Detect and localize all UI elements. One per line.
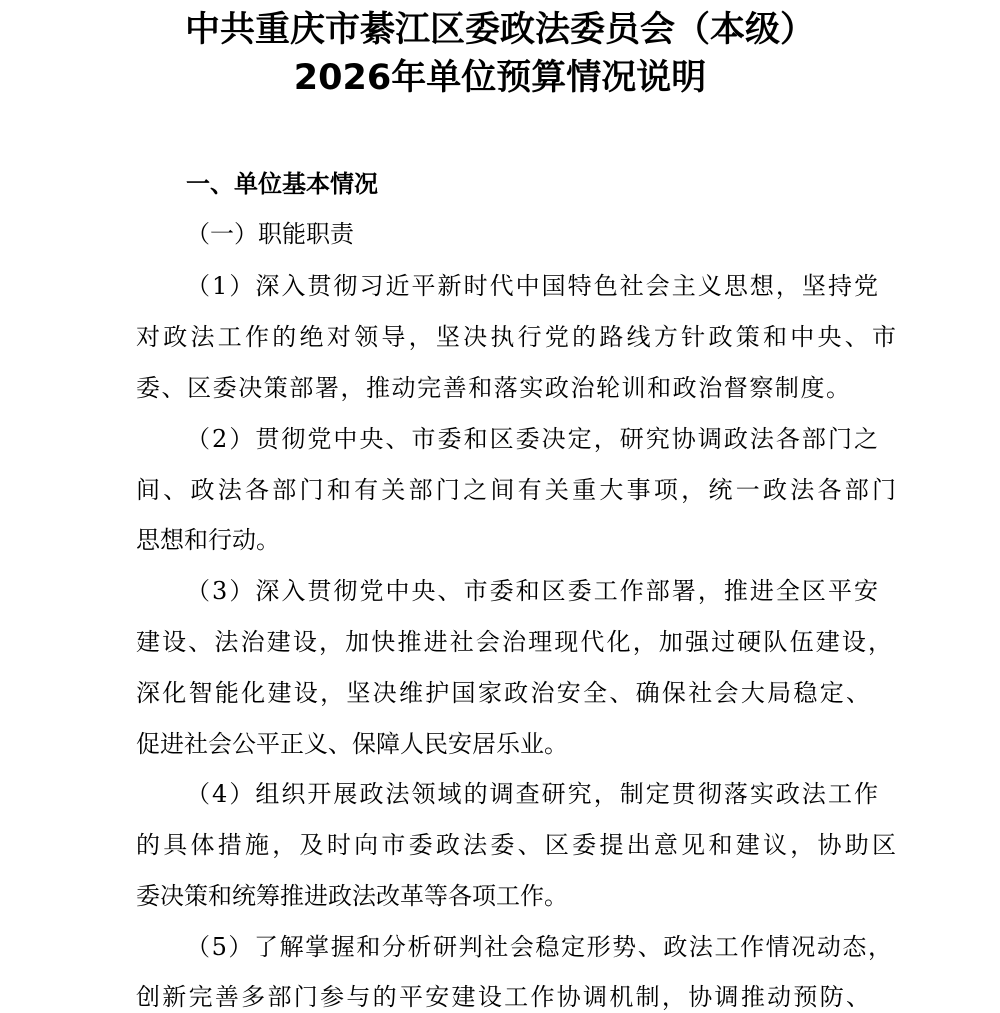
paragraph-4-line-2: 的具体措施，及时向市委政法委、区委提出意见和建议，协助区 xyxy=(136,827,896,863)
document-title-line-1: 中共重庆市綦江区委政法委员会（本级） xyxy=(0,8,1000,52)
paragraph-3-line-1: （3）深入贯彻党中央、市委和区委工作部署，推进全区平安 xyxy=(186,573,878,609)
paragraph-3-line-4: 促进社会公平正义、保障人民安居乐业。 xyxy=(136,726,896,762)
paragraph-4-line-1: （4）组织开展政法领域的调查研究，制定贯彻落实政法工作 xyxy=(186,776,878,812)
paragraph-2-line-2: 间、政法各部门和有关部门之间有关重大事项，统一政法各部门 xyxy=(136,472,896,508)
paragraph-4-line-3: 委决策和统筹推进政法改革等各项工作。 xyxy=(136,878,896,914)
paragraph-3-line-3: 深化智能化建设，坚决维护国家政治安全、确保社会大局稳定、 xyxy=(136,675,870,711)
paragraph-1-line-3: 委、区委决策部署，推动完善和落实政治轮训和政治督察制度。 xyxy=(136,370,850,406)
subsection-heading-functions: （一）职能职责 xyxy=(186,216,354,252)
section-heading-basic-info: 一、单位基本情况 xyxy=(186,166,378,202)
paragraph-1-line-2: 对政法工作的绝对领导，坚决执行党的路线方针政策和中央、市 xyxy=(136,319,896,355)
paragraph-5-line-1: （5）了解掌握和分析研判社会稳定形势、政法工作情况动态， xyxy=(186,929,892,965)
paragraph-1-line-1: （1）深入贯彻习近平新时代中国特色社会主义思想，坚持党 xyxy=(186,268,878,304)
paragraph-2-line-1: （2）贯彻党中央、市委和区委决定，研究协调政法各部门之 xyxy=(186,421,878,457)
paragraph-5-line-2: 创新完善多部门参与的平安建设工作协调机制，协调推动预防、 xyxy=(136,979,870,1013)
document-page: 中共重庆市綦江区委政法委员会（本级） 2026年单位预算情况说明 一、单位基本情… xyxy=(0,0,1000,1013)
paragraph-3-line-2: 建设、法治建设，加快推进社会治理现代化，加强过硬队伍建设， xyxy=(136,624,892,660)
document-title-line-2: 2026年单位预算情况说明 xyxy=(0,56,1000,100)
paragraph-2-line-3: 思想和行动。 xyxy=(136,522,896,558)
